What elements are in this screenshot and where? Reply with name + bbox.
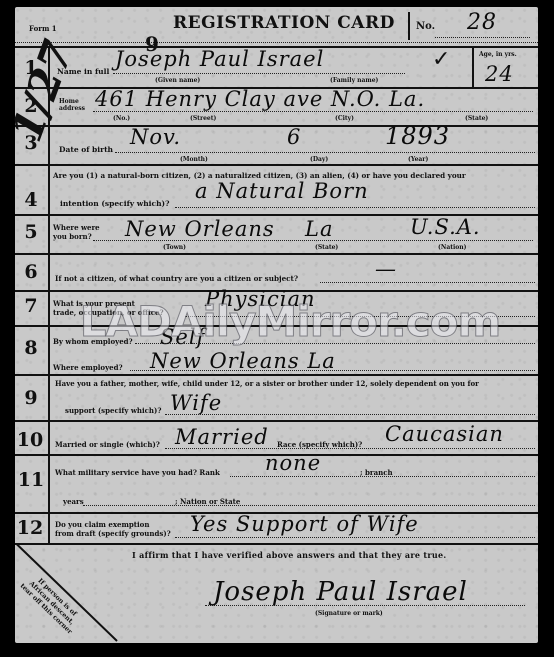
birth-nation: U.S.A.	[410, 215, 481, 239]
field-number-6: 6	[16, 261, 46, 283]
dependents-dotted-line	[165, 414, 535, 415]
country-value: —	[375, 257, 397, 281]
field-number-2: 2	[16, 95, 46, 117]
form-label: Form 1	[29, 24, 57, 33]
birthplace-label-1: Where were	[53, 223, 100, 232]
address-dotted-line	[93, 111, 533, 112]
exemption-value: Yes Support of Wife	[190, 512, 419, 536]
number-dotted-line	[435, 37, 530, 38]
country-label: If not a citizen, of what country are yo…	[55, 274, 298, 283]
day-sublabel: (Day)	[310, 156, 328, 163]
dob-year: 1893	[385, 122, 450, 150]
registration-card: Form 1 REGISTRATION CARD No. 28 9 1/27 1…	[15, 7, 538, 643]
divider-12	[15, 543, 538, 545]
divider-5	[15, 253, 538, 255]
signature-value: Joseph Paul Israel	[213, 577, 468, 607]
state-sublabel: (State)	[465, 115, 488, 122]
field-number-5: 5	[16, 221, 46, 243]
name-dotted-line	[113, 73, 405, 74]
field-number-1: 1	[16, 57, 46, 79]
workplace-label: Where employed?	[53, 363, 123, 372]
birth-town: New Orleans	[125, 217, 275, 241]
military-rank-value: none	[265, 451, 321, 475]
watermark: LADAilyMirror.com	[55, 297, 525, 346]
year-sublabel: (Year)	[408, 156, 428, 163]
field-number-3: 3	[16, 132, 46, 154]
birthplace-label-2: you born?	[53, 232, 92, 241]
support-label: support (specify which)?	[65, 406, 161, 415]
marital-label: Married or single (which)?	[55, 440, 160, 449]
birthplace-dotted-line	[93, 240, 533, 241]
family-name-sublabel: (Family name)	[330, 77, 378, 84]
age-value: 24	[485, 62, 514, 86]
town-sublabel: (Town)	[163, 244, 186, 251]
dob-dotted-line	[115, 152, 535, 153]
address-label: Home address	[59, 98, 89, 112]
birth-state: La	[305, 217, 333, 241]
dependents-question: Have you a father, mother, wife, child u…	[55, 379, 479, 388]
city-sublabel: (City)	[335, 115, 354, 122]
dob-day: 6	[287, 125, 301, 149]
field-number-9: 9	[16, 387, 46, 409]
street-sublabel: (Street)	[190, 115, 216, 122]
card-title: REGISTRATION CARD	[173, 13, 395, 33]
citizenship-value: a Natural Born	[195, 179, 369, 203]
field-number-11: 11	[16, 469, 46, 491]
number-divider	[408, 12, 410, 40]
years-label: years	[63, 497, 84, 506]
check-mark: ✓	[432, 47, 450, 72]
marital-value: Married	[175, 425, 269, 449]
years-dotted-line	[83, 505, 535, 506]
citizenship-dotted-line	[175, 207, 535, 208]
rank-dotted-line	[230, 476, 535, 477]
signature-label: (Signature or mark)	[315, 610, 383, 617]
name-label: Name in full	[57, 67, 109, 76]
exemption-label-1: Do you claim exemption	[55, 520, 149, 529]
margin-scrawl: 1/27	[2, 34, 83, 148]
month-sublabel: (Month)	[180, 156, 208, 163]
name-value: Joseph Paul Israel	[115, 47, 324, 71]
exemption-dotted-line	[175, 537, 535, 538]
card-number: 28	[467, 10, 497, 35]
field-number-8: 8	[16, 337, 46, 359]
intention-label: intention (specify which)?	[60, 199, 170, 208]
nation-sublabel: (Nation)	[438, 244, 466, 251]
field-number-10: 10	[15, 429, 45, 451]
age-divider	[472, 47, 474, 87]
race-value: Caucasian	[385, 422, 504, 446]
address-value: 461 Henry Clay ave N.O. La.	[95, 87, 425, 111]
affirmation-text: I affirm that I have verified above answ…	[132, 550, 446, 560]
state-sublabel-5: (State)	[315, 244, 338, 251]
dependents-value: Wife	[170, 391, 222, 415]
number-label: No.	[416, 21, 435, 32]
divider-8	[15, 374, 538, 376]
divider-3	[15, 164, 538, 166]
workplace-dotted-line	[130, 370, 535, 371]
divider-2	[15, 125, 538, 127]
military-label: What military service have you had? Rank	[55, 468, 220, 477]
street-no-sublabel: (No.)	[113, 115, 130, 122]
field-number-4: 4	[16, 189, 46, 211]
field-number-7: 7	[16, 295, 46, 317]
dob-month: Nov.	[130, 125, 181, 149]
field-number-12: 12	[15, 517, 45, 539]
country-dotted-line	[320, 282, 535, 283]
dob-label: Date of birth	[59, 145, 113, 154]
given-name-sublabel: (Given name)	[155, 77, 200, 84]
exemption-label-2: from draft (specify grounds)?	[55, 529, 171, 538]
header-dotted	[15, 42, 538, 43]
age-label: Age, in yrs.	[479, 51, 517, 58]
marital-dotted-line	[165, 448, 535, 449]
